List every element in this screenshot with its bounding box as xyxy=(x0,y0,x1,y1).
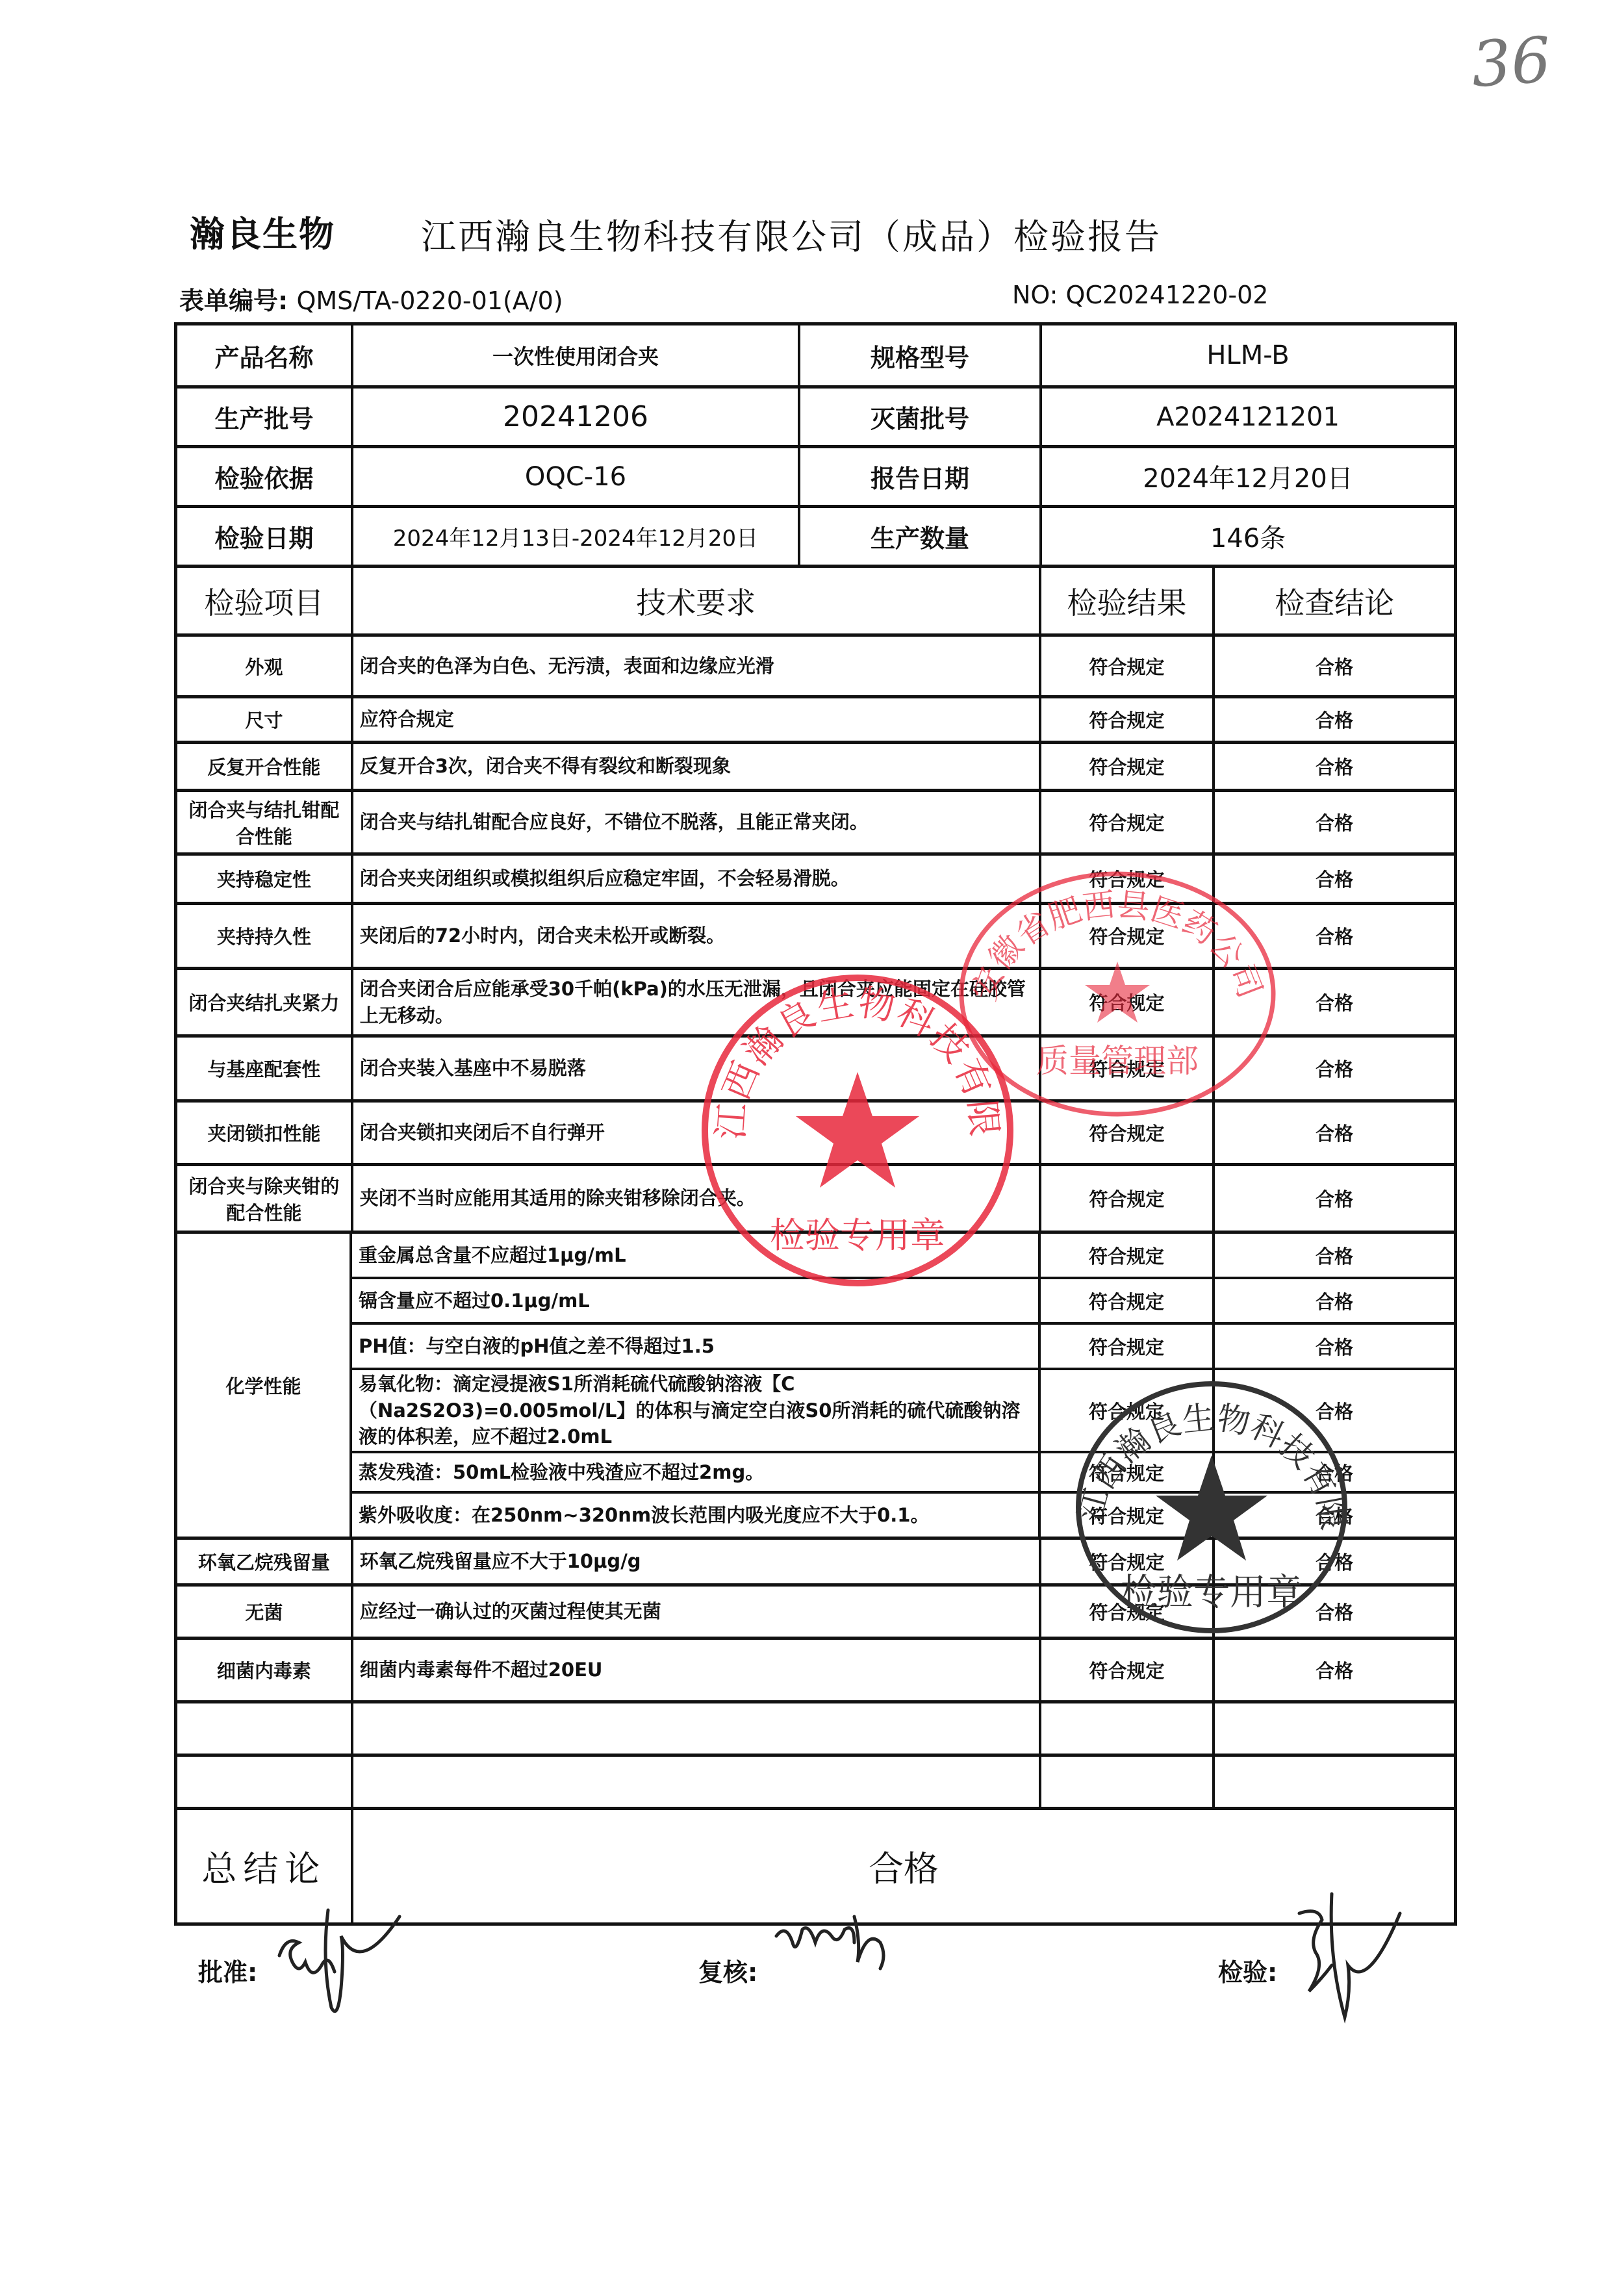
item-conclusion: 合格 xyxy=(1212,698,1454,741)
column-header-conclusion: 检查结论 xyxy=(1212,568,1454,633)
table-row: 夹持持久性夹闭后的72小时内，闭合夹未松开或断裂。符合规定合格 xyxy=(177,902,1454,967)
item-conclusion: 合格 xyxy=(1212,1103,1454,1163)
item-result: 符合规定 xyxy=(1039,1166,1213,1231)
item-requirement: 闭合夹锁扣夹闭后不自行弹开 xyxy=(351,1103,1039,1163)
item-requirement: 夹闭后的72小时内，闭合夹未松开或断裂。 xyxy=(351,905,1039,967)
item-requirement: 闭合夹夹闭组织或模拟组织后应稳定牢固，不会轻易滑脱。 xyxy=(351,856,1039,902)
item-requirement: 镉含量应不超过0.1μg/mL xyxy=(352,1279,1038,1322)
info-label: 检验依据 xyxy=(177,448,351,505)
chemical-sub-row: 蒸发残渣：50mL检验液中残渣应不超过2mg。符合规定合格 xyxy=(352,1451,1454,1491)
item-conclusion: 合格 xyxy=(1212,856,1454,902)
chemical-sub-row: 重金属总含量不应超过1μg/mL符合规定合格 xyxy=(352,1234,1454,1277)
page-number: 36 xyxy=(1469,23,1553,101)
item-name: 化学性能 xyxy=(177,1234,350,1537)
item-result: 符合规定 xyxy=(1038,1325,1212,1368)
item-result: 符合规定 xyxy=(1038,1494,1212,1537)
info-value: OQC-16 xyxy=(351,448,798,505)
item-result: 符合规定 xyxy=(1038,1453,1212,1491)
item-conclusion: 合格 xyxy=(1212,1325,1454,1368)
chemical-properties-row: 化学性能 重金属总含量不应超过1μg/mL符合规定合格镉含量应不超过0.1μg/… xyxy=(177,1231,1454,1537)
info-value: 一次性使用闭合夹 xyxy=(351,325,798,385)
item-conclusion: 合格 xyxy=(1212,905,1454,967)
table-row: 闭合夹结扎夹紧力闭合夹闭合后应能承受30千帕(kPa)的水压无泄漏，且闭合夹应能… xyxy=(177,967,1454,1034)
item-conclusion: 合格 xyxy=(1212,1587,1454,1637)
chemical-sub-row: PH值：与空白液的pH值之差不得超过1.5符合规定合格 xyxy=(352,1322,1454,1368)
item-conclusion: 合格 xyxy=(1212,1540,1454,1583)
item-conclusion: 合格 xyxy=(1212,970,1454,1034)
info-row: 生产批号 20241206 灭菌批号 A2024121201 xyxy=(177,385,1454,445)
info-label: 报告日期 xyxy=(798,448,1039,505)
item-requirement: 夹闭不当时应能用其适用的除夹钳移除闭合夹。 xyxy=(351,1166,1039,1231)
item-requirement: 应符合规定 xyxy=(351,698,1039,741)
column-header-result: 检验结果 xyxy=(1039,568,1213,633)
item-result: 符合规定 xyxy=(1039,744,1213,789)
info-row: 检验日期 2024年12月13日-2024年12月20日 生产数量 146条 xyxy=(177,505,1454,565)
item-requirement: 闭合夹装入基座中不易脱落 xyxy=(351,1038,1039,1099)
chemical-sub-row: 镉含量应不超过0.1μg/mL符合规定合格 xyxy=(352,1277,1454,1322)
item-name: 外观 xyxy=(177,637,351,695)
item-name: 环氧乙烷残留量 xyxy=(177,1540,351,1583)
table-row: 闭合夹与结扎钳配合性能闭合夹与结扎钳配合应良好，不错位不脱落，且能正常夹闭。符合… xyxy=(177,789,1454,852)
item-result: 符合规定 xyxy=(1039,1103,1213,1163)
item-name: 与基座配套性 xyxy=(177,1038,351,1099)
item-result: 符合规定 xyxy=(1039,637,1213,695)
item-name: 夹持稳定性 xyxy=(177,856,351,902)
item-result: 符合规定 xyxy=(1039,1038,1213,1099)
chemical-sub-row: 紫外吸收度：在250nm~320nm波长范围内吸光度应不大于0.1。符合规定合格 xyxy=(352,1491,1454,1537)
item-result: 符合规定 xyxy=(1039,1587,1213,1637)
item-result: 符合规定 xyxy=(1038,1234,1212,1277)
item-requirement: 易氧化物：滴定浸提液S1所消耗硫代硫酸钠溶液【C（Na2S2O3)=0.005m… xyxy=(352,1370,1038,1451)
item-conclusion: 合格 xyxy=(1212,1640,1454,1700)
item-result: 符合规定 xyxy=(1039,905,1213,967)
item-name: 细菌内毒素 xyxy=(177,1640,351,1700)
form-number-value: QMS/TA-0220-01(A/0) xyxy=(296,287,563,315)
item-requirement: 重金属总含量不应超过1μg/mL xyxy=(352,1234,1038,1277)
table-row: 细菌内毒素细菌内毒素每件不超过20EU符合规定合格 xyxy=(177,1637,1454,1700)
item-result: 符合规定 xyxy=(1039,698,1213,741)
column-header-item: 检验项目 xyxy=(177,568,351,633)
table-row: 闭合夹与除夹钳的配合性能夹闭不当时应能用其适用的除夹钳移除闭合夹。符合规定合格 xyxy=(177,1163,1454,1231)
form-number-label: 表单编号: xyxy=(179,287,288,315)
info-label: 产品名称 xyxy=(177,325,351,385)
info-label: 生产批号 xyxy=(177,389,351,445)
inspect-signature xyxy=(1286,1887,1449,2037)
blank-row xyxy=(177,1700,1454,1754)
report-title: 江西瀚良生物科技有限公司（成品）检验报告 xyxy=(421,209,1162,259)
item-requirement: 紫外吸收度：在250nm~320nm波长范围内吸光度应不大于0.1。 xyxy=(352,1494,1038,1537)
info-label: 检验日期 xyxy=(177,508,351,565)
review-label: 复核: xyxy=(698,1952,757,1988)
info-value: 20241206 xyxy=(351,389,798,445)
item-requirement: 反复开合3次，闭合夹不得有裂纹和断裂现象 xyxy=(351,744,1039,789)
form-number: 表单编号: QMS/TA-0220-01(A/0) xyxy=(179,281,563,316)
item-conclusion: 合格 xyxy=(1212,1234,1454,1277)
item-conclusion: 合格 xyxy=(1212,744,1454,789)
item-requirement: PH值：与空白液的pH值之差不得超过1.5 xyxy=(352,1325,1038,1368)
item-conclusion: 合格 xyxy=(1212,1038,1454,1099)
report-number: NO: QC20241220-02 xyxy=(1012,281,1268,309)
inspection-table: 产品名称 一次性使用闭合夹 规格型号 HLM-B 生产批号 20241206 灭… xyxy=(174,322,1457,1926)
column-header-requirement: 技术要求 xyxy=(351,568,1039,633)
item-conclusion: 合格 xyxy=(1212,1279,1454,1322)
item-name: 闭合夹与除夹钳的配合性能 xyxy=(177,1166,351,1231)
table-row: 环氧乙烷残留量环氧乙烷残留量应不大于10μg/g符合规定合格 xyxy=(177,1537,1454,1583)
info-label: 灭菌批号 xyxy=(798,389,1039,445)
item-conclusion: 合格 xyxy=(1212,637,1454,695)
chemical-sub-row: 易氧化物：滴定浸提液S1所消耗硫代硫酸钠溶液【C（Na2S2O3)=0.005m… xyxy=(352,1368,1454,1451)
item-name: 夹闭锁扣性能 xyxy=(177,1103,351,1163)
item-name: 无菌 xyxy=(177,1587,351,1637)
item-requirement: 细菌内毒素每件不超过20EU xyxy=(351,1640,1039,1700)
item-result: 符合规定 xyxy=(1039,1540,1213,1583)
item-result: 符合规定 xyxy=(1039,1640,1213,1700)
blank-row xyxy=(177,1754,1454,1807)
item-conclusion: 合格 xyxy=(1212,1370,1454,1451)
item-requirement: 闭合夹闭合后应能承受30千帕(kPa)的水压无泄漏，且闭合夹应能固定在硅胶管上无… xyxy=(351,970,1039,1034)
item-result: 符合规定 xyxy=(1039,856,1213,902)
item-result: 符合规定 xyxy=(1039,970,1213,1034)
item-requirement: 环氧乙烷残留量应不大于10μg/g xyxy=(351,1540,1039,1583)
item-result: 符合规定 xyxy=(1038,1370,1212,1451)
table-row: 夹闭锁扣性能闭合夹锁扣夹闭后不自行弹开符合规定合格 xyxy=(177,1099,1454,1163)
info-value: HLM-B xyxy=(1039,325,1454,385)
table-row: 反复开合性能反复开合3次，闭合夹不得有裂纹和断裂现象符合规定合格 xyxy=(177,741,1454,789)
approve-signature xyxy=(260,1884,468,2027)
item-name: 夹持持久性 xyxy=(177,905,351,967)
item-requirement: 蒸发残渣：50mL检验液中残渣应不超过2mg。 xyxy=(352,1453,1038,1491)
item-name: 反复开合性能 xyxy=(177,744,351,789)
item-requirement: 闭合夹的色泽为白色、无污渍，表面和边缘应光滑 xyxy=(351,637,1039,695)
info-value: 146条 xyxy=(1039,508,1454,565)
item-conclusion: 合格 xyxy=(1212,1494,1454,1537)
table-row: 夹持稳定性闭合夹夹闭组织或模拟组织后应稳定牢固，不会轻易滑脱。符合规定合格 xyxy=(177,852,1454,902)
item-conclusion: 合格 xyxy=(1212,1453,1454,1491)
info-value: 2024年12月20日 xyxy=(1039,448,1454,505)
info-value: A2024121201 xyxy=(1039,389,1454,445)
table-row: 尺寸应符合规定符合规定合格 xyxy=(177,695,1454,741)
item-name: 尺寸 xyxy=(177,698,351,741)
info-row: 检验依据 OQC-16 报告日期 2024年12月20日 xyxy=(177,445,1454,505)
info-row: 产品名称 一次性使用闭合夹 规格型号 HLM-B xyxy=(177,325,1454,385)
info-label: 规格型号 xyxy=(798,325,1039,385)
approve-label: 批准: xyxy=(198,1952,257,1988)
column-header-row: 检验项目 技术要求 检验结果 检查结论 xyxy=(177,565,1454,633)
item-requirement: 应经过一确认过的灭菌过程使其无菌 xyxy=(351,1587,1039,1637)
item-conclusion: 合格 xyxy=(1212,792,1454,852)
table-row: 无菌应经过一确认过的灭菌过程使其无菌符合规定合格 xyxy=(177,1583,1454,1637)
info-value: 2024年12月13日-2024年12月20日 xyxy=(351,508,798,565)
table-row: 外观闭合夹的色泽为白色、无污渍，表面和边缘应光滑符合规定合格 xyxy=(177,633,1454,695)
item-requirement: 闭合夹与结扎钳配合应良好，不错位不脱落，且能正常夹闭。 xyxy=(351,792,1039,852)
table-row: 与基座配套性闭合夹装入基座中不易脱落符合规定合格 xyxy=(177,1034,1454,1099)
item-conclusion: 合格 xyxy=(1212,1166,1454,1231)
item-result: 符合规定 xyxy=(1038,1279,1212,1322)
brand-name: 瀚良生物 xyxy=(190,207,335,257)
info-label: 生产数量 xyxy=(798,508,1039,565)
item-result: 符合规定 xyxy=(1039,792,1213,852)
inspect-label: 检验: xyxy=(1218,1952,1277,1988)
review-signature xyxy=(770,1904,913,1982)
item-name: 闭合夹与结扎钳配合性能 xyxy=(177,792,351,852)
item-name: 闭合夹结扎夹紧力 xyxy=(177,970,351,1034)
